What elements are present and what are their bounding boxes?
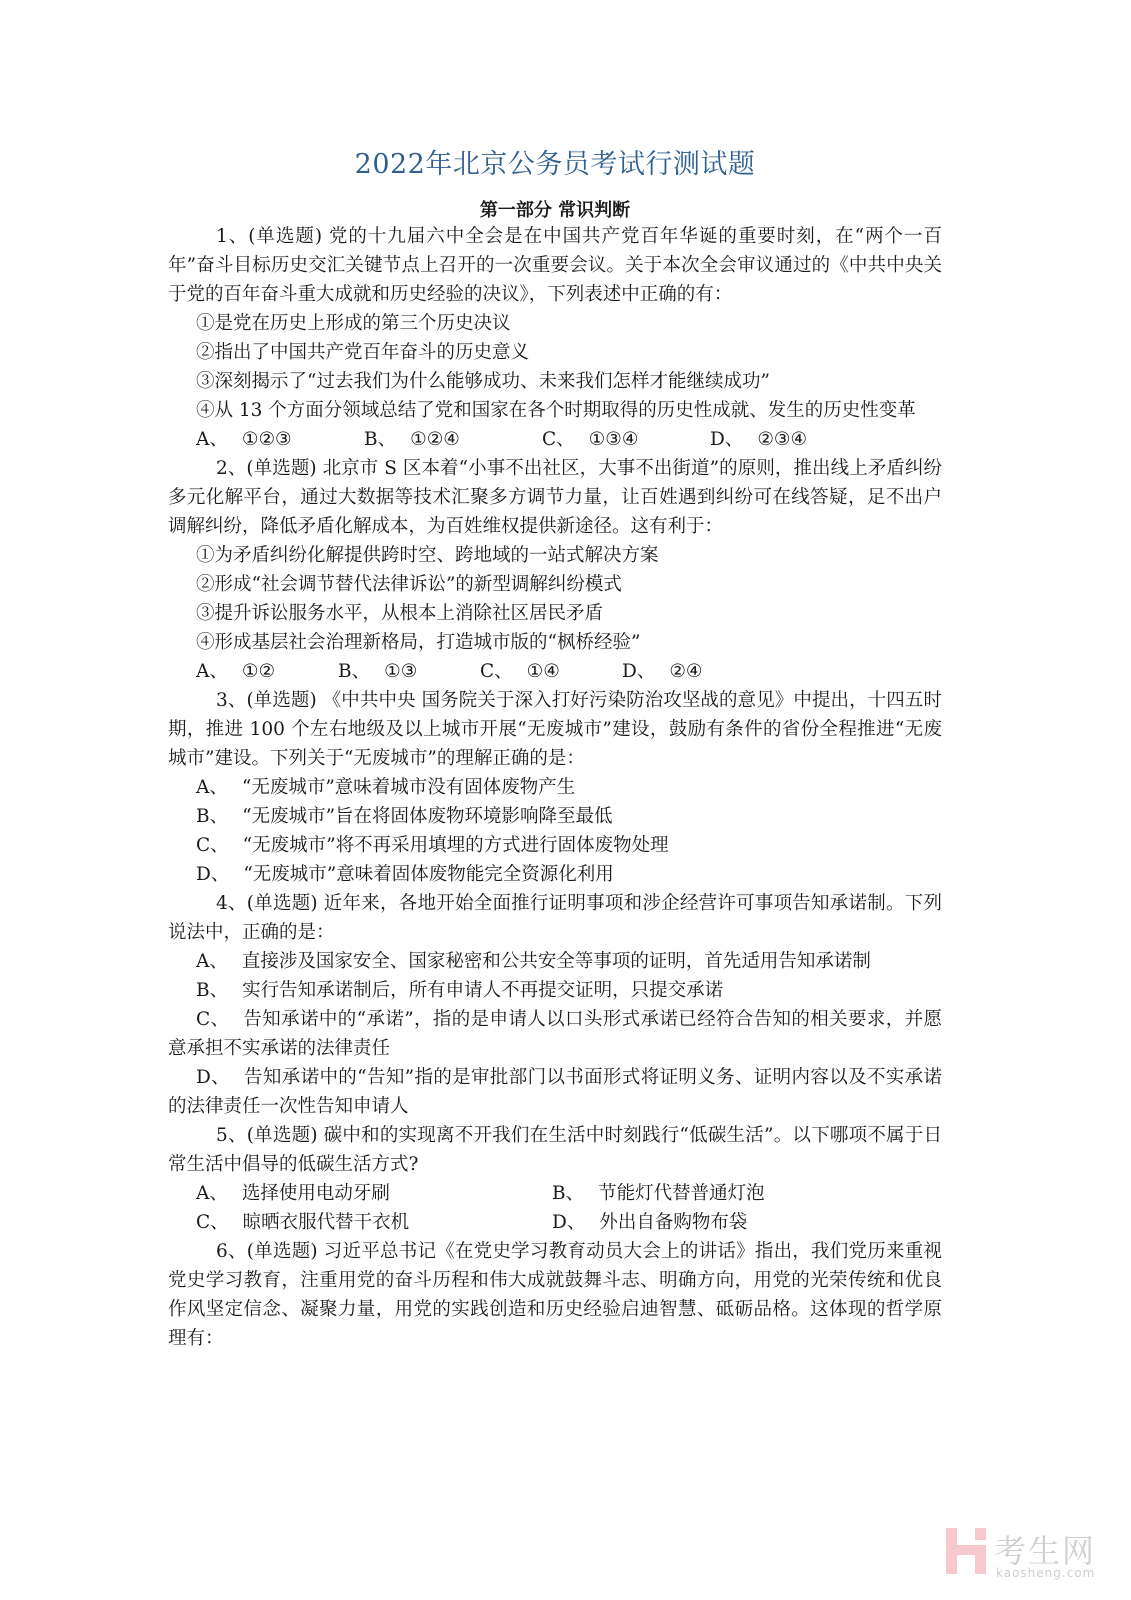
option-a: A、①②③ — [196, 425, 364, 454]
question-2: 2、(单选题) 北京市 S 区本着“小事不出社区，大事不出街道”的原则，推出线上… — [168, 454, 942, 686]
document-title: 2022年北京公务员考试行测试题 — [168, 142, 942, 181]
statement-item: ③提升诉讼服务水平，从根本上消除社区居民矛盾 — [168, 599, 942, 628]
question-1: 1、(单选题) 党的十九届六中全会是在中国共产党百年华诞的重要时刻，在“两个一百… — [168, 222, 942, 454]
option-c: C、晾晒衣服代替干衣机 — [196, 1208, 552, 1237]
question-stem: 3、(单选题) 《中共中央 国务院关于深入打好污染防治攻坚战的意见》中提出，十四… — [168, 686, 942, 773]
option-a: A、选择使用电动牙刷 — [196, 1179, 552, 1208]
statement-item: ④形成基层社会治理新格局，打造城市版的“枫桥经验” — [168, 628, 942, 657]
statement-item: ②指出了中国共产党百年奋斗的历史意义 — [168, 338, 942, 367]
answer-options: A、①② B、①③ C、①④ D、②④ — [168, 657, 942, 686]
option-a: A、①② — [196, 657, 338, 686]
option-c: C、①③④ — [542, 425, 710, 454]
statement-item: ③深刻揭示了“过去我们为什么能够成功、未来我们怎样才能继续成功” — [168, 367, 942, 396]
option-b: B、“无废城市”旨在将固体废物环境影响降至最低 — [168, 802, 942, 831]
question-stem: 6、(单选题) 习近平总书记《在党史学习教育动员大会上的讲话》指出，我们党历来重… — [168, 1237, 942, 1353]
section-title: 第一部分 常识判断 — [168, 196, 942, 222]
question-stem: 5、(单选题) 碳中和的实现离不开我们在生活中时刻践行“低碳生活”。以下哪项不属… — [168, 1121, 942, 1179]
question-4: 4、(单选题) 近年来，各地开始全面推行证明事项和涉企经营许可事项告知承诺制。下… — [168, 889, 942, 1121]
answer-options: A、①②③ B、①②④ C、①③④ D、②③④ — [168, 425, 942, 454]
question-stem: 1、(单选题) 党的十九届六中全会是在中国共产党百年华诞的重要时刻，在“两个一百… — [168, 222, 942, 309]
question-6: 6、(单选题) 习近平总书记《在党史学习教育动员大会上的讲话》指出，我们党历来重… — [168, 1237, 942, 1353]
statement-item: ④从 13 个方面分领域总结了党和国家在各个时期取得的历史性成就、发生的历史性变… — [168, 396, 942, 425]
watermark-url: kaosheng.com — [996, 1566, 1095, 1580]
option-c: C、告知承诺中的“承诺”，指的是申请人以口头形式承诺已经符合告知的相关要求，并愿… — [168, 1005, 942, 1063]
option-d: D、②④ — [622, 657, 764, 686]
question-3: 3、(单选题) 《中共中央 国务院关于深入打好污染防治攻坚战的意见》中提出，十四… — [168, 686, 942, 889]
option-a: A、直接涉及国家安全、国家秘密和公共安全等事项的证明，首先适用告知承诺制 — [168, 947, 942, 976]
option-d: D、外出自备购物布袋 — [552, 1208, 908, 1237]
option-a: A、“无废城市”意味着城市没有固体废物产生 — [168, 773, 942, 802]
question-stem: 4、(单选题) 近年来，各地开始全面推行证明事项和涉企经营许可事项告知承诺制。下… — [168, 889, 942, 947]
question-5: 5、(单选题) 碳中和的实现离不开我们在生活中时刻践行“低碳生活”。以下哪项不属… — [168, 1121, 942, 1237]
statement-item: ①是党在历史上形成的第三个历史决议 — [168, 309, 942, 338]
answer-options: C、晾晒衣服代替干衣机 D、外出自备购物布袋 — [168, 1208, 942, 1237]
option-b: B、节能灯代替普通灯泡 — [552, 1179, 908, 1208]
option-d: D、②③④ — [710, 425, 878, 454]
watermark: 考生网 kaosheng.com — [946, 1528, 1126, 1588]
kaosheng-logo-icon — [946, 1528, 986, 1574]
statement-item: ①为矛盾纠纷化解提供跨时空、跨地域的一站式解决方案 — [168, 541, 942, 570]
statement-item: ②形成“社会调节替代法律诉讼”的新型调解纠纷模式 — [168, 570, 942, 599]
answer-options: A、选择使用电动牙刷 B、节能灯代替普通灯泡 — [168, 1179, 942, 1208]
option-b: B、①②④ — [364, 425, 542, 454]
question-stem: 2、(单选题) 北京市 S 区本着“小事不出社区，大事不出街道”的原则，推出线上… — [168, 454, 942, 541]
option-b: B、实行告知承诺制后，所有申请人不再提交证明，只提交承诺 — [168, 976, 942, 1005]
option-d: D、告知承诺中的“告知”指的是审批部门以书面形式将证明义务、证明内容以及不实承诺… — [168, 1063, 942, 1121]
option-b: B、①③ — [338, 657, 480, 686]
option-d: D、“无废城市”意味着固体废物能完全资源化利用 — [168, 860, 942, 889]
document-body: 1、(单选题) 党的十九届六中全会是在中国共产党百年华诞的重要时刻，在“两个一百… — [168, 222, 942, 1353]
option-c: C、“无废城市”将不再采用填埋的方式进行固体废物处理 — [168, 831, 942, 860]
option-c: C、①④ — [480, 657, 622, 686]
